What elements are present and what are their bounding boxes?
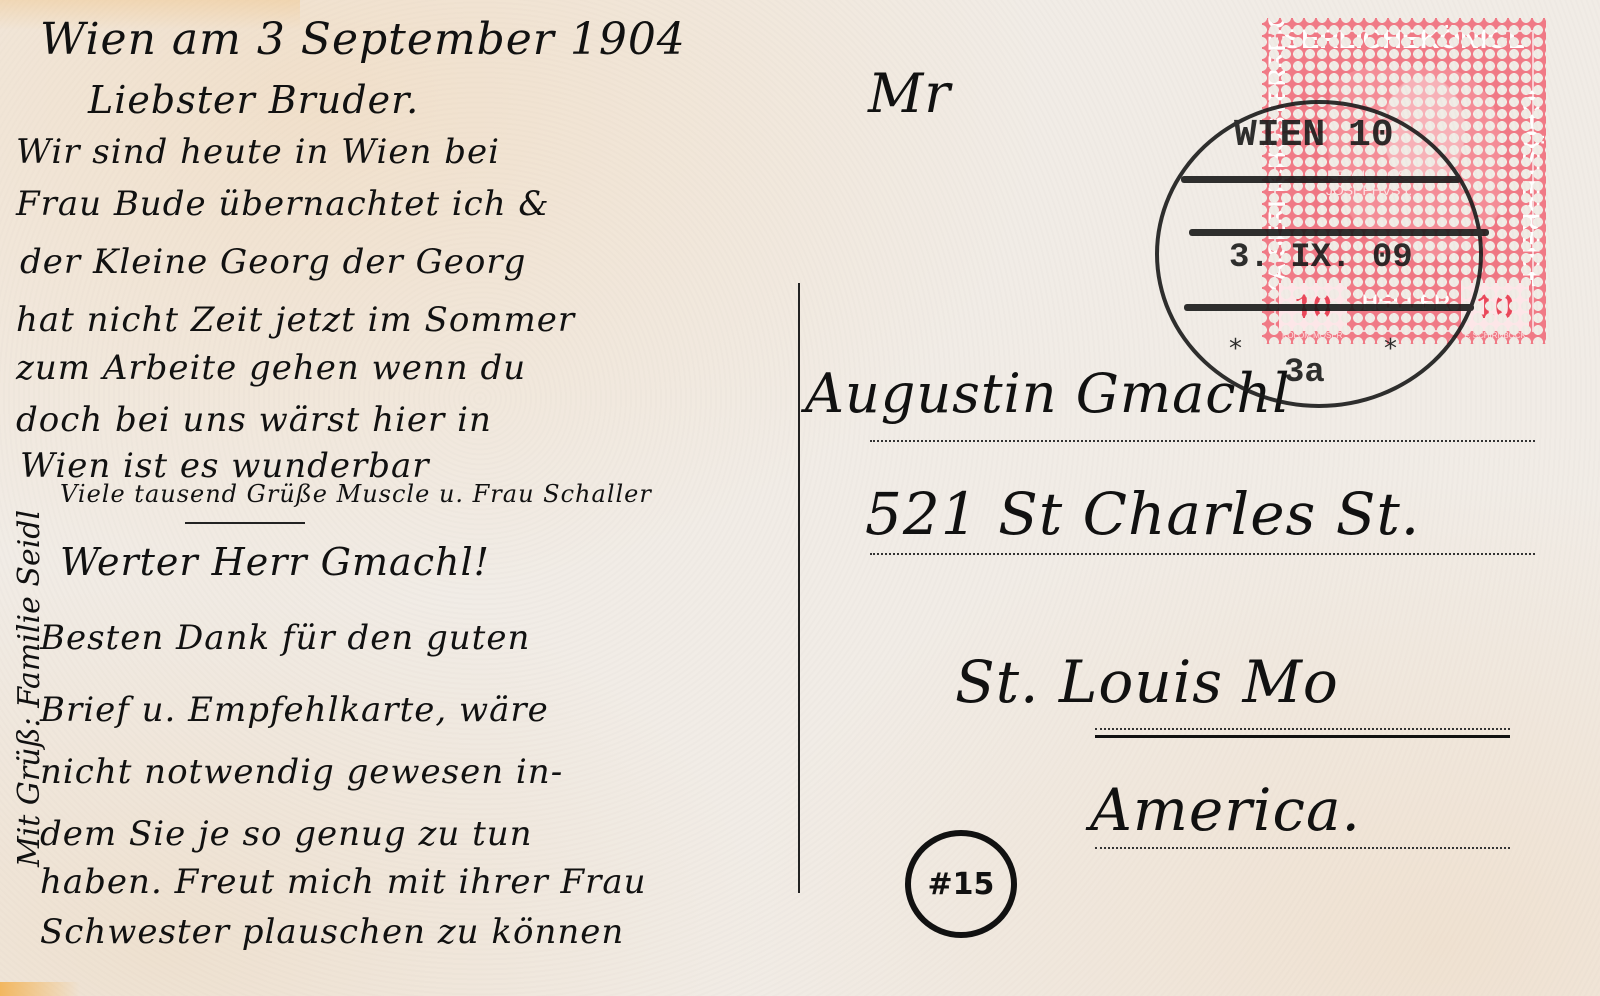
address-country: America.	[1090, 776, 1361, 844]
greeting-line: Viele tausend Grüße Muscle u. Frau Schal…	[60, 480, 652, 508]
underline	[185, 522, 305, 524]
postcard-back: Wien am 3 September 1904 Liebster Bruder…	[0, 0, 1600, 996]
address-city: St. Louis Mo	[955, 648, 1339, 716]
catalog-number-badge: #15	[905, 830, 1017, 938]
addressee-title: Mr	[868, 62, 951, 125]
address-street: 521 St Charles St.	[865, 480, 1420, 548]
paper-edge	[0, 982, 80, 996]
address-line-3	[1095, 728, 1510, 730]
message-line: nicht notwendig gewesen in-	[40, 752, 563, 792]
star-icon: *	[1384, 334, 1397, 364]
message-line: haben. Freut mich mit ihrer Frau	[40, 862, 647, 902]
message-line: zum Arbeite gehen wenn du	[16, 348, 526, 388]
message-line: Schwester plauschen zu können	[40, 912, 624, 952]
dateline: Wien am 3 September 1904	[40, 14, 686, 65]
stamp-top-text: SERLICHEKÖNIGL	[1262, 24, 1546, 55]
postmark-code: 3a	[1284, 354, 1325, 392]
message-line: dem Sie je so genug zu tun	[40, 814, 533, 854]
address-line-2	[870, 553, 1535, 555]
message-line: Brief u. Empfehlkarte, wäre	[40, 690, 549, 730]
address-line-4	[1095, 847, 1510, 849]
message-line: der Kleine Georg der Georg	[20, 242, 526, 282]
postmark-bar	[1181, 176, 1461, 183]
star-icon: *	[1229, 334, 1242, 364]
margin-note: Mit Grüß: Familie Seidl	[12, 510, 47, 980]
salutation: Liebster Bruder.	[88, 78, 419, 122]
city-underline	[1095, 735, 1510, 738]
postmark-bar	[1189, 229, 1489, 236]
stamp-engraver: F. SCHIRNBÖCK	[1464, 331, 1526, 340]
message-line: hat nicht Zeit jetzt im Sommer	[16, 300, 575, 340]
message-line: Besten Dank für den guten	[40, 618, 530, 658]
second-salutation: Werter Herr Gmachl!	[60, 540, 490, 584]
postmark-circle: WIEN 10 3. IX. 09 * * 3a	[1155, 100, 1483, 408]
message-line: doch bei uns wärst hier in	[16, 400, 492, 440]
stamp-right-text: ICHÖSTERREICH	[1508, 78, 1544, 298]
postmark-bar	[1184, 304, 1474, 311]
postmark-city: WIEN 10	[1234, 114, 1394, 157]
message-line: Wir sind heute in Wien bei	[16, 132, 500, 172]
center-divider	[798, 283, 800, 893]
message-line: Frau Bude übernachtet ich &	[16, 184, 550, 224]
postmark-date: 3. IX. 09	[1229, 239, 1413, 277]
address-line-1	[870, 440, 1535, 442]
